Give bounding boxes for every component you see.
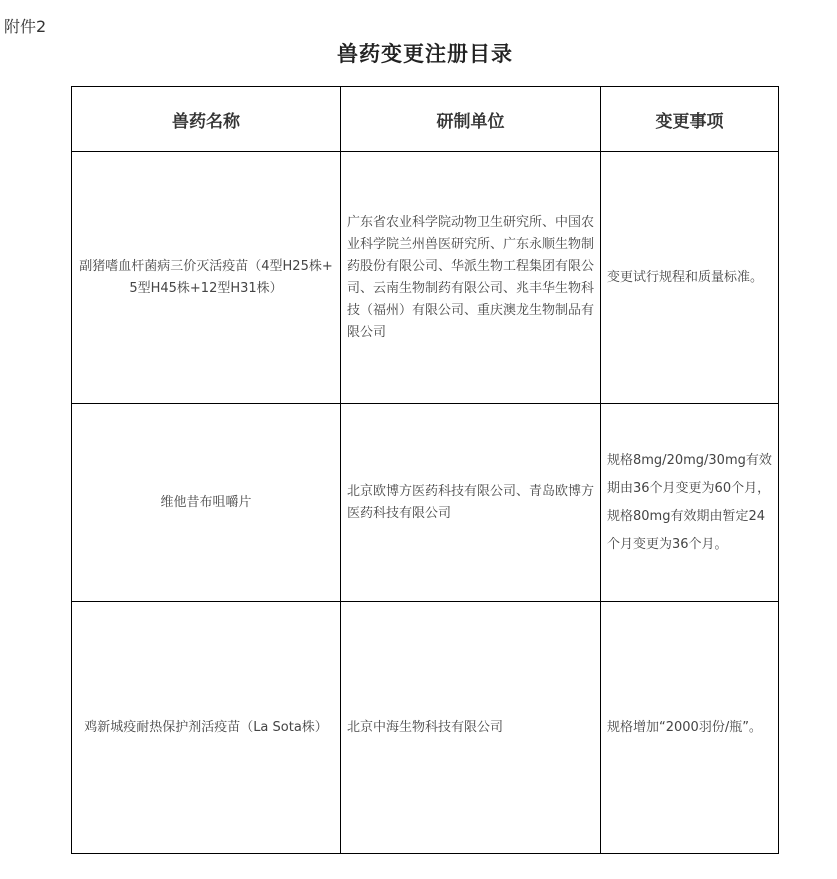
drug-name-cell: 鸡新城疫耐热保护剂活疫苗（La Sota株） bbox=[72, 602, 341, 854]
header-developer: 研制单位 bbox=[341, 87, 601, 152]
change-item-cell: 规格增加“2000羽份/瓶”。 bbox=[601, 602, 779, 854]
attachment-label: 附件2 bbox=[4, 14, 46, 37]
header-change-item: 变更事项 bbox=[601, 87, 779, 152]
developer-cell: 北京欧博方医药科技有限公司、青岛欧博方医药科技有限公司 bbox=[341, 404, 601, 602]
table-row: 鸡新城疫耐热保护剂活疫苗（La Sota株） 北京中海生物科技有限公司 规格增加… bbox=[72, 602, 779, 854]
developer-cell: 广东省农业科学院动物卫生研究所、中国农业科学院兰州兽医研究所、广东永顺生物制药股… bbox=[341, 152, 601, 404]
table-row: 维他昔布咀嚼片 北京欧博方医药科技有限公司、青岛欧博方医药科技有限公司 规格8m… bbox=[72, 404, 779, 602]
drug-name-cell: 维他昔布咀嚼片 bbox=[72, 404, 341, 602]
registry-table: 兽药名称 研制单位 变更事项 副猪嗜血杆菌病三价灭活疫苗（4型H25株+5型H4… bbox=[71, 86, 779, 854]
table-row: 副猪嗜血杆菌病三价灭活疫苗（4型H25株+5型H45株+12型H31株） 广东省… bbox=[72, 152, 779, 404]
developer-cell: 北京中海生物科技有限公司 bbox=[341, 602, 601, 854]
change-item-cell: 变更试行规程和质量标准。 bbox=[601, 152, 779, 404]
header-drug-name: 兽药名称 bbox=[72, 87, 341, 152]
document-title: 兽药变更注册目录 bbox=[0, 38, 837, 68]
drug-name-cell: 副猪嗜血杆菌病三价灭活疫苗（4型H25株+5型H45株+12型H31株） bbox=[72, 152, 341, 404]
table-header-row: 兽药名称 研制单位 变更事项 bbox=[72, 87, 779, 152]
change-item-cell: 规格8mg/20mg/30mg有效期由36个月变更为60个月，规格80mg有效期… bbox=[601, 404, 779, 602]
